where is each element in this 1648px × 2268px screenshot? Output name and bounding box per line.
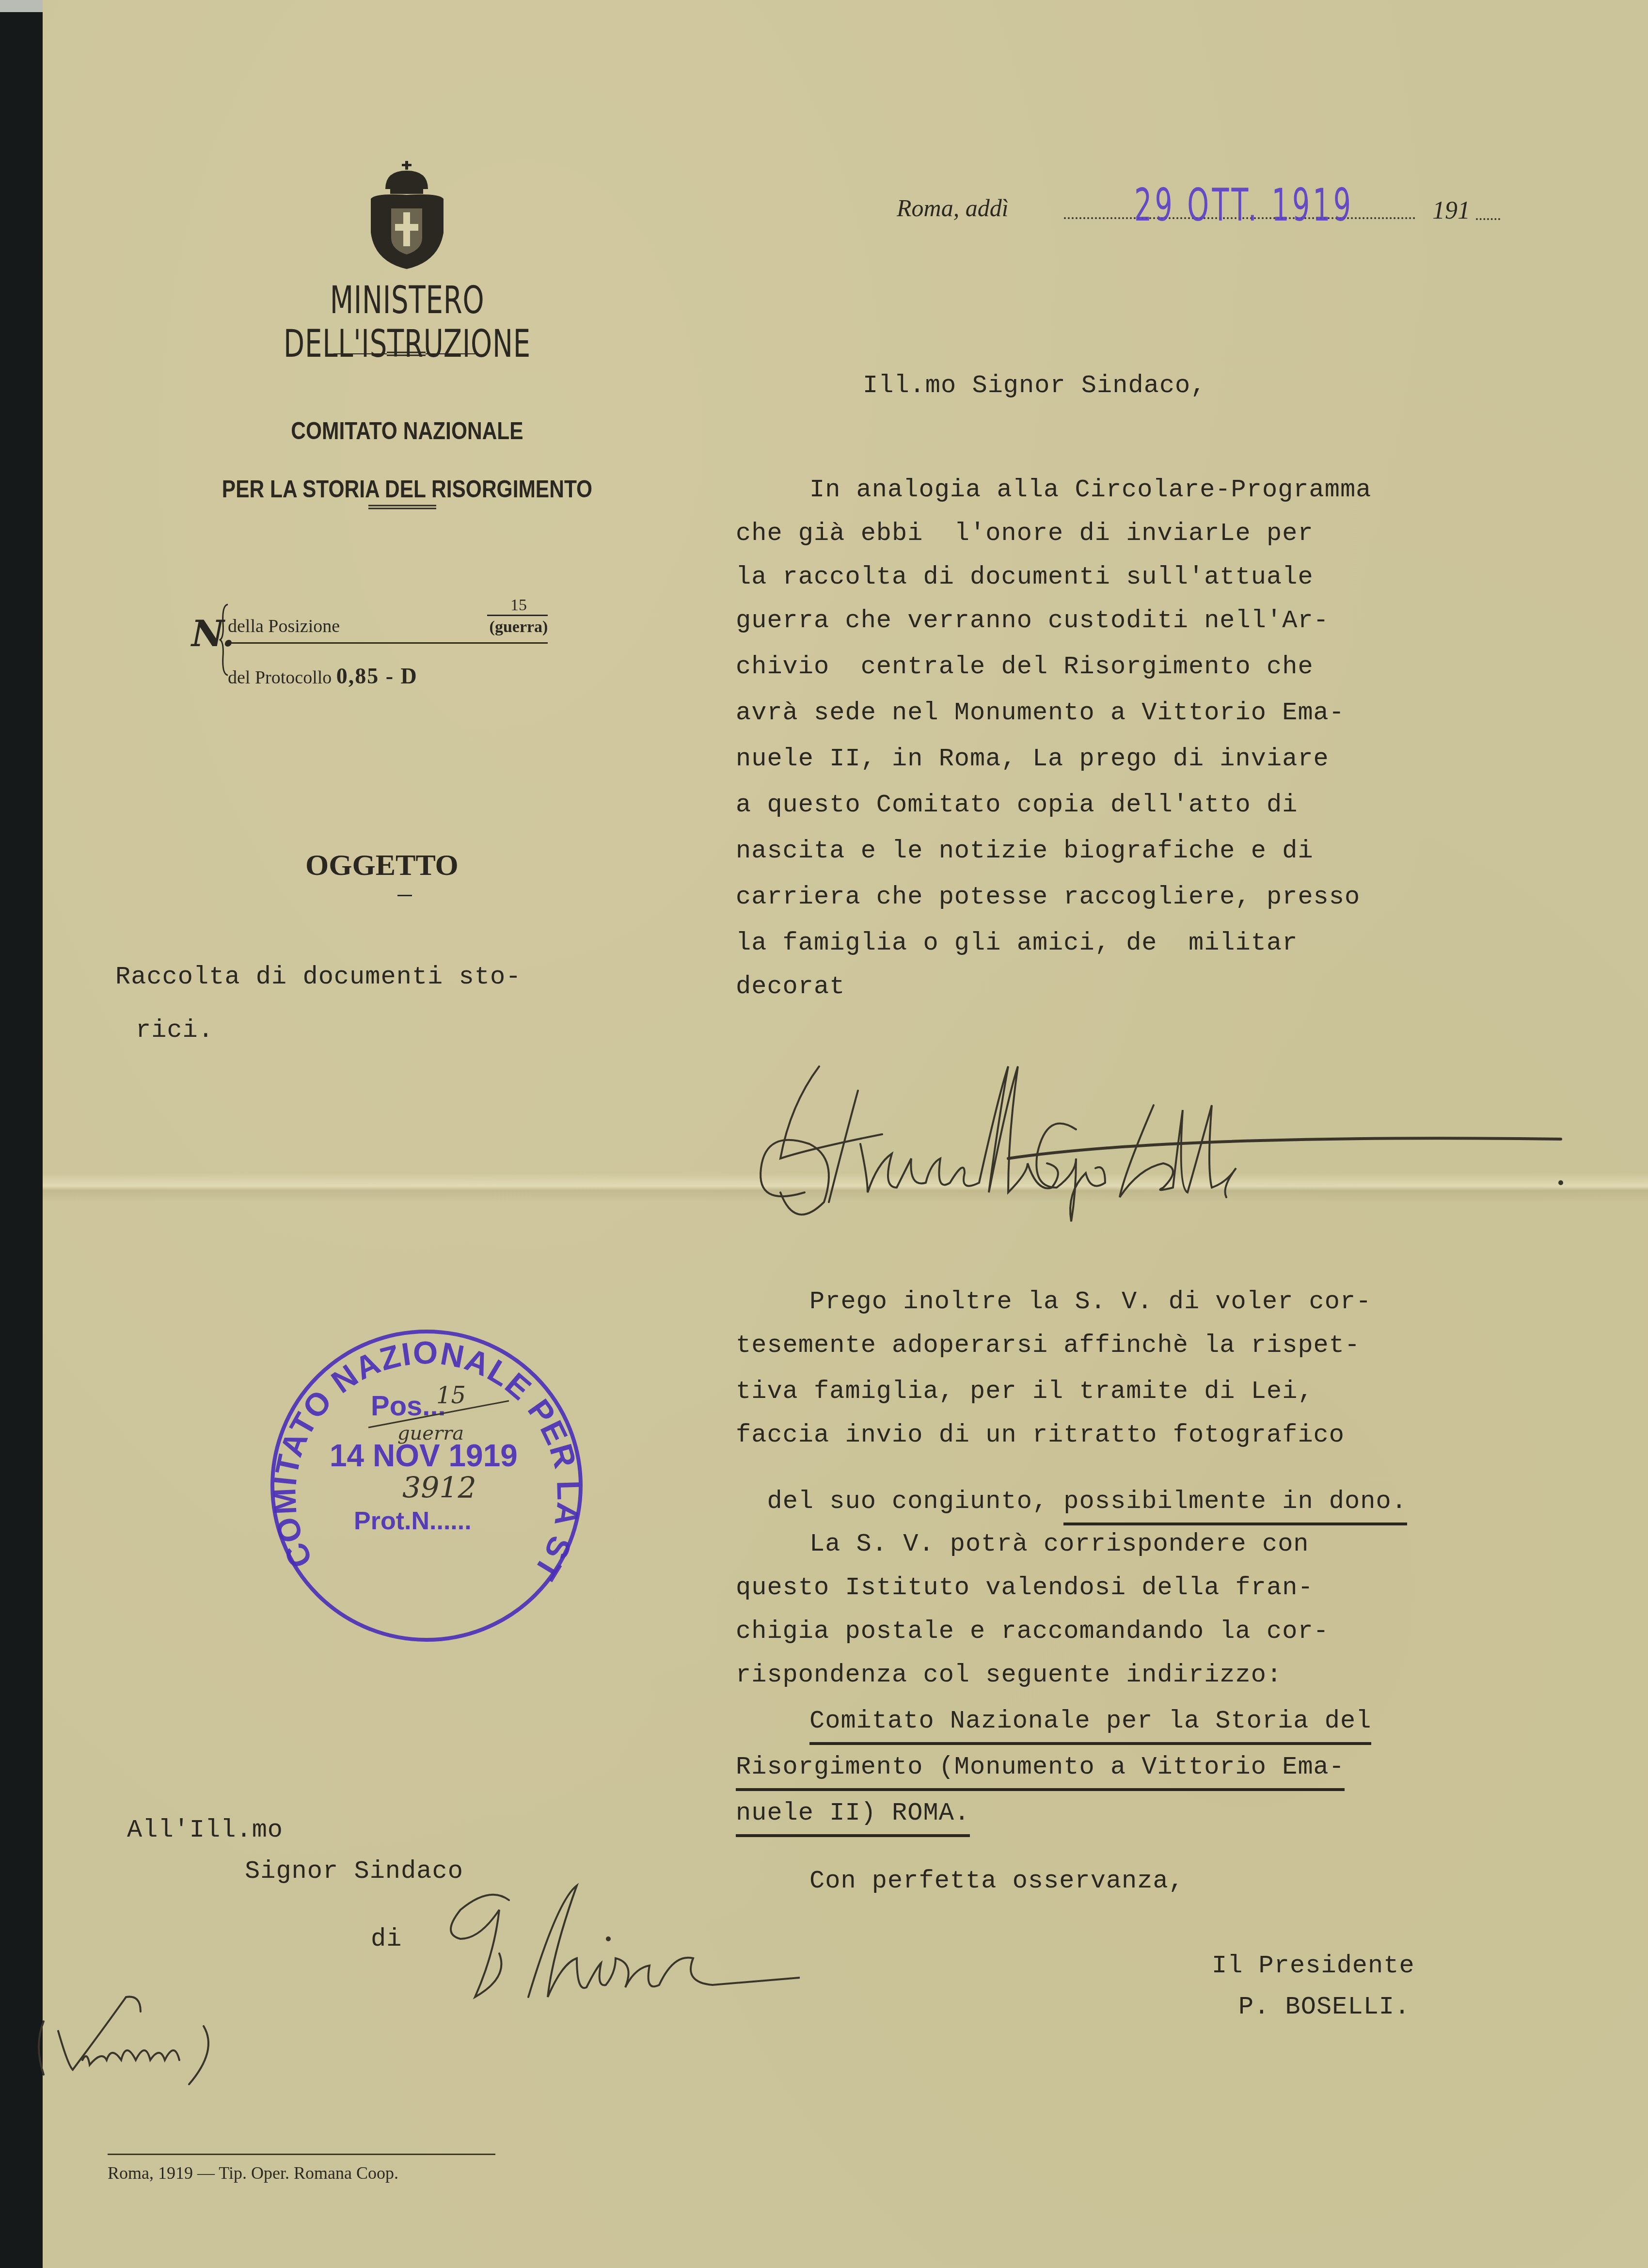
date-place-prefix: Roma, addì [897, 194, 1009, 222]
printer-rule [108, 2154, 495, 2155]
body-line: nuele II, in Roma, La prego di inviare [736, 746, 1329, 772]
savoy-coat-of-arms-icon [366, 160, 448, 271]
subject-line-1: Raccolta di documenti sto- [115, 965, 521, 990]
body-line: la famiglia o gli amici, de militar [736, 931, 1298, 956]
subject-line-2: rici. [136, 1018, 214, 1043]
address-line: nuele II) ROMA. [736, 1801, 970, 1826]
body-line: decorat [736, 974, 845, 999]
svg-text:Pos...: Pos... [371, 1390, 446, 1422]
committee-ink-stamp: COMITATO NAZIONALE PER LA STORIA DEL RIS… [252, 1318, 601, 1653]
body-line: tiva famiglia, per il tramite di Lei, [736, 1379, 1314, 1404]
body-text: del suo congiunto, [767, 1487, 1063, 1516]
year-prefix: 191 [1432, 196, 1470, 225]
date-stamp: 29 OTT. 1919 [1134, 179, 1354, 231]
body-line: faccia invio di un ritratto fotografico [736, 1423, 1345, 1448]
committee-title-line1: COMITATO NAZIONALE [197, 417, 618, 445]
fraction-rule [487, 615, 548, 616]
body-line: rispondenza col seguente indirizzo: [736, 1663, 1282, 1688]
committee-title-line2: PER LA STORIA DEL RISORGIMENTO [185, 475, 630, 503]
printer-imprint: Roma, 1919 — Tip. Oper. Romana Coop. [108, 2163, 398, 2183]
body-line: chivio centrale del Risorgimento che [736, 654, 1314, 680]
body-line: tesemente adoperarsi affinchè la rispet- [736, 1333, 1360, 1358]
body-line: a questo Comitato copia dell'atto di [736, 793, 1298, 818]
svg-text:14 NOV 1919: 14 NOV 1919 [330, 1438, 518, 1473]
scan-top-strip [0, 0, 48, 12]
body-line: avrà sede nel Monumento a Vittorio Ema- [736, 700, 1345, 726]
closing: Con perfetta osservanza, [809, 1869, 1184, 1894]
body-line: carriera che potesse raccogliere, presso [736, 885, 1360, 910]
underlined-text: Comitato Nazionale per la Storia del [809, 1707, 1371, 1745]
body-line: Prego inoltre la S. V. di voler cor- [809, 1289, 1371, 1315]
signatory-name: P. BOSELLI. [1238, 1995, 1410, 2020]
body-line: la raccolta di documenti sull'attuale [736, 565, 1314, 590]
signatory-title: Il Presidente [1212, 1953, 1415, 1979]
body-line: La S. V. potrà corrispondere con [809, 1532, 1309, 1557]
handwritten-name-stivanello [737, 1047, 1570, 1231]
body-line: che già ebbi l'onore di inviarLe per [736, 521, 1314, 546]
posizione-number: 15 [490, 596, 548, 615]
addressee-line-2: Signor Sindaco [245, 1859, 463, 1884]
body-line: nascita e le notizie biografiche e di [736, 839, 1314, 864]
body-line: guerra che verranno custoditi nell'Ar- [736, 608, 1329, 634]
underlined-text: nuele II) ROMA. [736, 1799, 970, 1837]
protocollo-label: del Protocollo [228, 667, 332, 688]
salutation: Ill.mo Signor Sindaco, [863, 373, 1206, 398]
svg-text:3912: 3912 [402, 1471, 476, 1505]
handwritten-province-vicenza [29, 1992, 296, 2089]
double-rule-divider [368, 504, 436, 510]
ornamental-divider [333, 351, 479, 356]
protocollo-line: del Protocollo 0,85 - D [228, 663, 418, 689]
underlined-text: possibilmente in dono. [1063, 1487, 1407, 1525]
addressee-line-3: di [371, 1927, 402, 1952]
protocollo-value: 0,85 - D [336, 664, 418, 688]
body-line: In analogia alla Circolare-Programma [809, 477, 1371, 503]
addressee-line-1: All'Ill.mo [127, 1818, 283, 1843]
address-line: Risorgimento (Monumento a Vittorio Ema- [736, 1755, 1345, 1780]
handwritten-town-chiene [431, 1881, 800, 2007]
body-line: del suo congiunto, possibilmente in dono… [736, 1464, 1407, 1514]
svg-text:15: 15 [436, 1382, 466, 1409]
subject-heading: OGGETTO [305, 848, 459, 883]
posizione-underline [228, 642, 548, 644]
svg-text:Prot.N......: Prot.N...... [354, 1507, 472, 1535]
body-line: chigia postale e raccomandando la cor- [736, 1619, 1329, 1644]
posizione-label: della Posizione [228, 616, 340, 637]
body-line: questo Istituto valendosi della fran- [736, 1575, 1314, 1601]
subject-rule [397, 895, 412, 896]
posizione-category: (guerra) [485, 618, 553, 636]
address-line: Comitato Nazionale per la Storia del [809, 1709, 1371, 1734]
year-dotted-line [1476, 218, 1500, 220]
underlined-text: Risorgimento (Monumento a Vittorio Ema- [736, 1753, 1345, 1791]
scan-left-edge [0, 12, 48, 2268]
